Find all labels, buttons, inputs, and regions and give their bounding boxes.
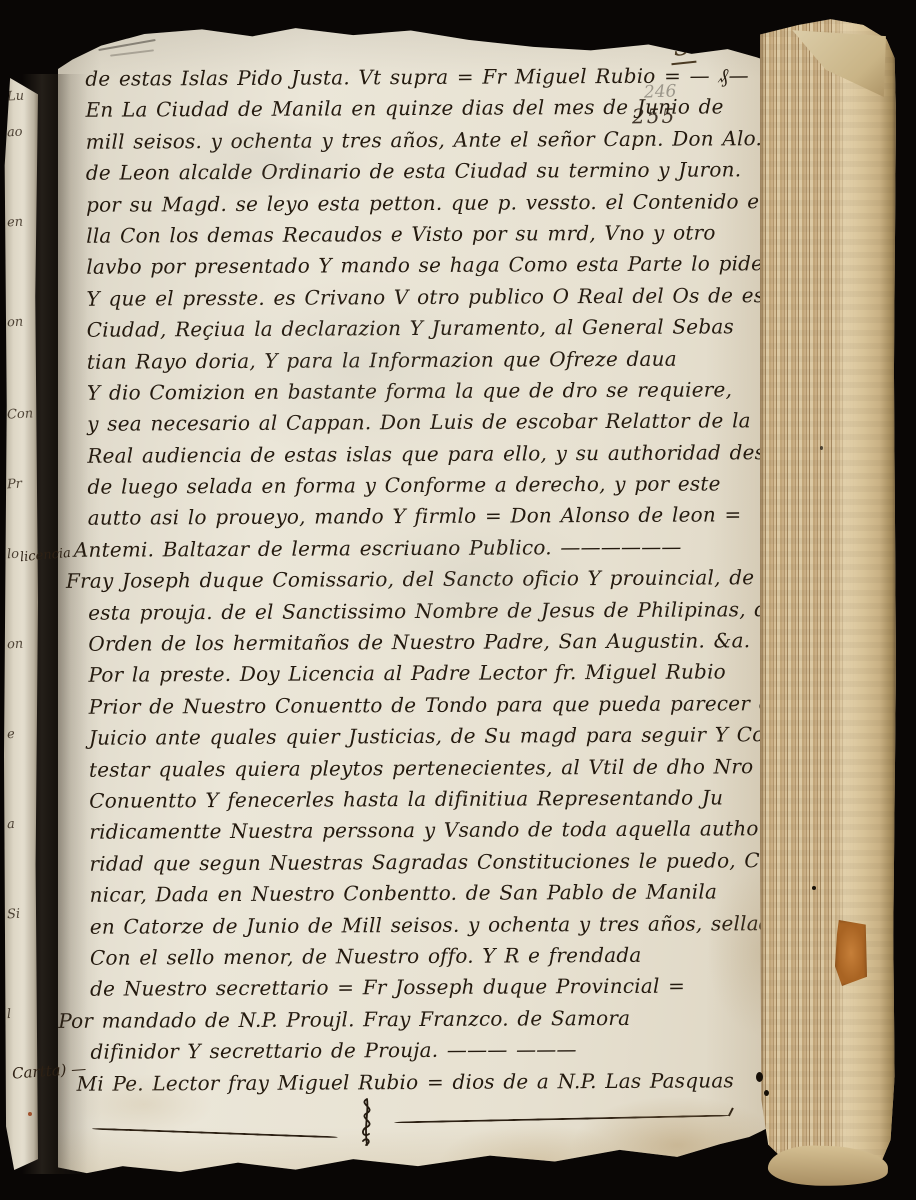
manuscript-line: Antemi. Baltazar de lerma escriuano Publ… xyxy=(74,531,748,566)
manuscript-text: de estas Islas Pido Justa. Vt supra = Fr… xyxy=(85,60,750,1099)
manuscript-line: Orden de los hermitaños de Nuestro Padre… xyxy=(88,625,748,660)
manuscript-line: de Nuestro secrettario = Fr Josseph duqu… xyxy=(90,971,750,1006)
manuscript-line: de Leon alcalde Ordinario de esta Ciudad… xyxy=(86,154,746,189)
repair-patch xyxy=(835,920,867,986)
manuscript-line: Conuentto Y fenecerles hasta la difiniti… xyxy=(89,782,749,817)
edge-text-fragment: e xyxy=(7,728,15,741)
manuscript-line: mill seisos. y ochenta y tres años, Ante… xyxy=(86,123,746,158)
edge-text-fragment: on xyxy=(7,316,24,330)
ink-speck xyxy=(812,886,816,890)
manuscript-line: difinidor Y secrettario de Prouja. ——— —… xyxy=(90,1033,750,1068)
manuscript-line: Y dio Comizion en bastante forma la que … xyxy=(87,374,747,409)
signature-rubric xyxy=(92,1096,732,1152)
rubric-rule-right xyxy=(394,1114,730,1123)
manuscript-line: de luego selada en forma y Conforme a de… xyxy=(87,468,747,503)
manuscript-line: Fray Joseph duque Comissario, del Sancto… xyxy=(66,563,748,598)
ink-speck xyxy=(756,1072,763,1082)
rubric-rule-left xyxy=(92,1128,338,1139)
ink-speck xyxy=(764,1090,769,1096)
manuscript-line: por su Magd. se leyo esta petton. que p.… xyxy=(86,186,746,221)
edge-text-fragment: l xyxy=(7,1008,12,1021)
manuscript-line: lla Con los demas Recaudos e Visto por s… xyxy=(86,217,746,252)
edge-text-fragment: Pr xyxy=(7,478,23,492)
manuscript-line: y sea necesario al Cappan. Don Luis de e… xyxy=(87,406,747,441)
manuscript-line: Por la preste. Doy Licencia al Padre Lec… xyxy=(88,657,748,692)
ink-speck xyxy=(820,446,823,450)
manuscript-line: lavbo por presentado Y mando se haga Com… xyxy=(86,249,746,284)
edge-text-fragment: en xyxy=(7,216,24,230)
manuscript-line: testar quales quiera pleytos pertenecien… xyxy=(89,751,749,786)
manuscript-line: esta prouja. de el Sanctissimo Nombre de… xyxy=(88,594,748,629)
manuscript-photograph: Lu ao en on Con Pr lo on e a Si l 3 246 … xyxy=(0,0,916,1200)
edge-text-fragment: Lu xyxy=(7,90,25,104)
facing-page-edge: Lu ao en on Con Pr lo on e a Si l xyxy=(4,78,38,1170)
manuscript-line: ridicamentte Nuestra perssona y Vsando d… xyxy=(89,814,749,849)
manuscript-line: Por mandado de N.P. Proujl. Fray Franzco… xyxy=(58,1002,750,1037)
manuscript-line: nicar, Dada en Nuestro Conbentto. de San… xyxy=(90,876,750,911)
manuscript-line: de estas Islas Pido Justa. Vt supra = Fr… xyxy=(85,60,745,95)
manuscript-line: Mi Pe. Lector fray Miguel Rubio = dios d… xyxy=(77,1065,751,1100)
manuscript-line: Juicio ante quales quier Justicias, de S… xyxy=(89,719,749,754)
edge-text-fragment: on xyxy=(7,638,24,652)
edge-text-fragment: Con xyxy=(7,407,34,421)
edge-text-fragment: a xyxy=(7,818,15,831)
edge-text-fragment: ao xyxy=(7,126,23,140)
manuscript-page: 3 246 255 de estas Islas Pido Justa. Vt … xyxy=(58,20,778,1186)
manuscript-line: En La Ciudad de Manila en quinze dias de… xyxy=(85,92,745,127)
pencil-stroke xyxy=(110,49,154,56)
manuscript-line: Prior de Nuestro Conuentto de Tondo para… xyxy=(89,688,749,723)
manuscript-line: en Catorze de Junio de Mill seisos. y oc… xyxy=(90,908,750,943)
manuscript-line: ridad que segun Nuestras Sagradas Consti… xyxy=(89,845,749,880)
book-fore-edge xyxy=(760,18,896,1194)
manuscript-line: autto asi lo proueyo, mando Y firmlo = D… xyxy=(88,500,748,535)
edge-text-fragment: lo xyxy=(7,548,20,562)
red-speck xyxy=(28,1112,32,1116)
manuscript-line: tian Rayo doria, Y para la Informazion q… xyxy=(87,343,747,378)
manuscript-line: Real audiencia de estas islas que para e… xyxy=(87,437,747,472)
edge-text-fragment: Si xyxy=(7,908,21,922)
rubric-flourish-icon xyxy=(354,1096,380,1152)
manuscript-line: Ciudad, Reçiua la declarazion Y Jurament… xyxy=(87,311,747,346)
manuscript-line: Con el sello menor, de Nuestro offo. Y R… xyxy=(90,939,750,974)
manuscript-line: Y que el presste. es Crivano V otro publ… xyxy=(86,280,746,315)
